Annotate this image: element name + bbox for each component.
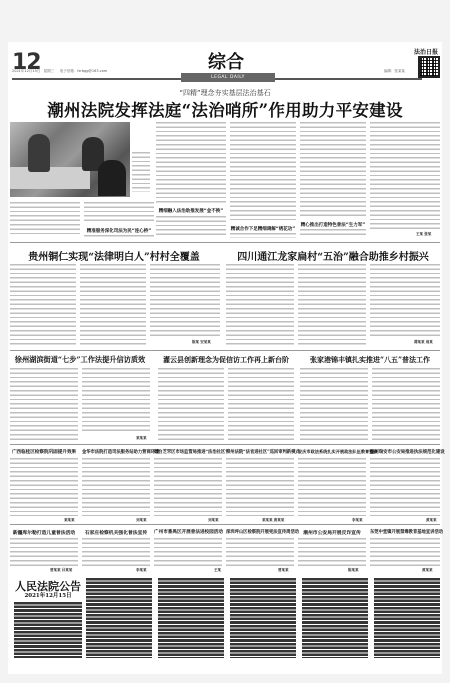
brief-headline-1[interactable]: 广西临桂区检察院巩固提升效果 [10,449,78,455]
brief-headline-6[interactable]: 温州瑞安市公安局推进执法规范化建设 [370,449,440,455]
newspaper-logo: 法治日报 [414,47,438,56]
lead-body-col2 [84,202,154,224]
date: 2021年12月15日 [12,69,40,73]
section-title: 综合 [208,48,244,74]
editor-credit: 编辑：张某某 [384,69,405,74]
lead-subhead-2: 精细融入法治助推发展“金不换” [156,208,226,214]
brief-headline-7[interactable]: 新疆库尔勒打造儿童普法活动 [10,529,78,536]
brief-headline-8[interactable]: 石家庄检察机关强化普法宣传 [82,529,150,536]
dateline: 2021年12月15日 星期三 电子信箱：fzrbgg@163.com [12,69,107,74]
legal-daily-band: LEGAL DAILY [181,73,275,82]
lead-body-col5 [300,122,366,218]
article-byline-tongjiang: 谭某某 周某 [414,340,433,345]
brief-headline-9[interactable]: 广州市番禺区开展普法进校园活动 [154,529,222,535]
ad-block-1 [14,602,82,658]
article-headline-zhangjiagang[interactable]: 张家港锦丰镇扎实推进“八五”普法工作 [300,355,440,365]
ad-block-5 [302,578,368,658]
article-headline-guanyun[interactable]: 灌云县创新理念为促信访工作再上新台阶 [156,355,296,365]
weekday: 星期三 [44,69,55,73]
article-headline-xuzhou[interactable]: 徐州湖滨街道“七步”工作法提升信访质效 [8,355,152,365]
lead-body-col3 [156,122,226,204]
ad-block-3 [158,578,224,658]
brief-headline-4[interactable]: 柳州法院“法官进社区”巡回审判新模式 [226,449,294,455]
lead-subhead-4: 精心推出打造特色普法“生力军” [300,222,366,228]
lead-photo [10,122,130,197]
lead-body-col1 [10,202,80,234]
lead-subhead-3: 精诚合作下足精细调解“绣花功” [230,226,296,232]
article-headline-tongjiang[interactable]: 四川通江龙家扁村“五治”融合助推乡村振兴 [226,248,440,263]
newspaper-page: 12 2021年12月15日 星期三 电子信箱：fzrbgg@163.com 综… [8,42,442,674]
photo-caption [132,152,150,192]
brief-headline-11[interactable]: 潮州市公安局开展反诈宣传 [298,529,366,536]
article-byline-tongren: 陈某 安某某 [192,340,211,345]
lead-body-col4 [230,122,296,222]
brief-headline-2[interactable]: 金华市法院打造司法服务站助力营商环境 [82,449,150,455]
brief-headline-3[interactable]: 烟台芝罘区市场监管局推进“法治社区” [154,449,222,455]
qr-code-icon[interactable] [418,56,440,78]
lead-byline: 王某 张某 [416,232,431,237]
brief-headline-12[interactable]: 东莞中堂镇开展禁毒教育基地宣讲活动 [370,529,440,535]
email: 电子信箱：fzrbgg@163.com [60,69,107,73]
article-byline-xuzhou: 某某某 [136,436,147,441]
ad-block-2 [86,578,152,658]
brief-headline-10[interactable]: 深圳坪山区检察院开展宪法宣传周活动 [226,529,294,535]
court-announcement-date: 2021年12月15日 [14,591,82,599]
brief-headline-5[interactable]: 安庆市政法系统扎实开展政法队伍教育整顿 [298,449,366,455]
article-headline-tongren[interactable]: 贵州铜仁实现“法律明白人”村村全覆盖 [8,248,220,263]
masthead: 12 2021年12月15日 星期三 电子信箱：fzrbgg@163.com 综… [8,42,442,84]
lead-subhead-1: 精准服务深化司法为民“连心桥” [84,228,154,234]
ad-block-4 [230,578,296,658]
lead-headline[interactable]: 潮州法院发挥法庭“法治哨所”作用助力平安建设 [8,97,442,121]
lead-body-col6 [370,122,440,230]
ad-block-6 [374,578,440,658]
